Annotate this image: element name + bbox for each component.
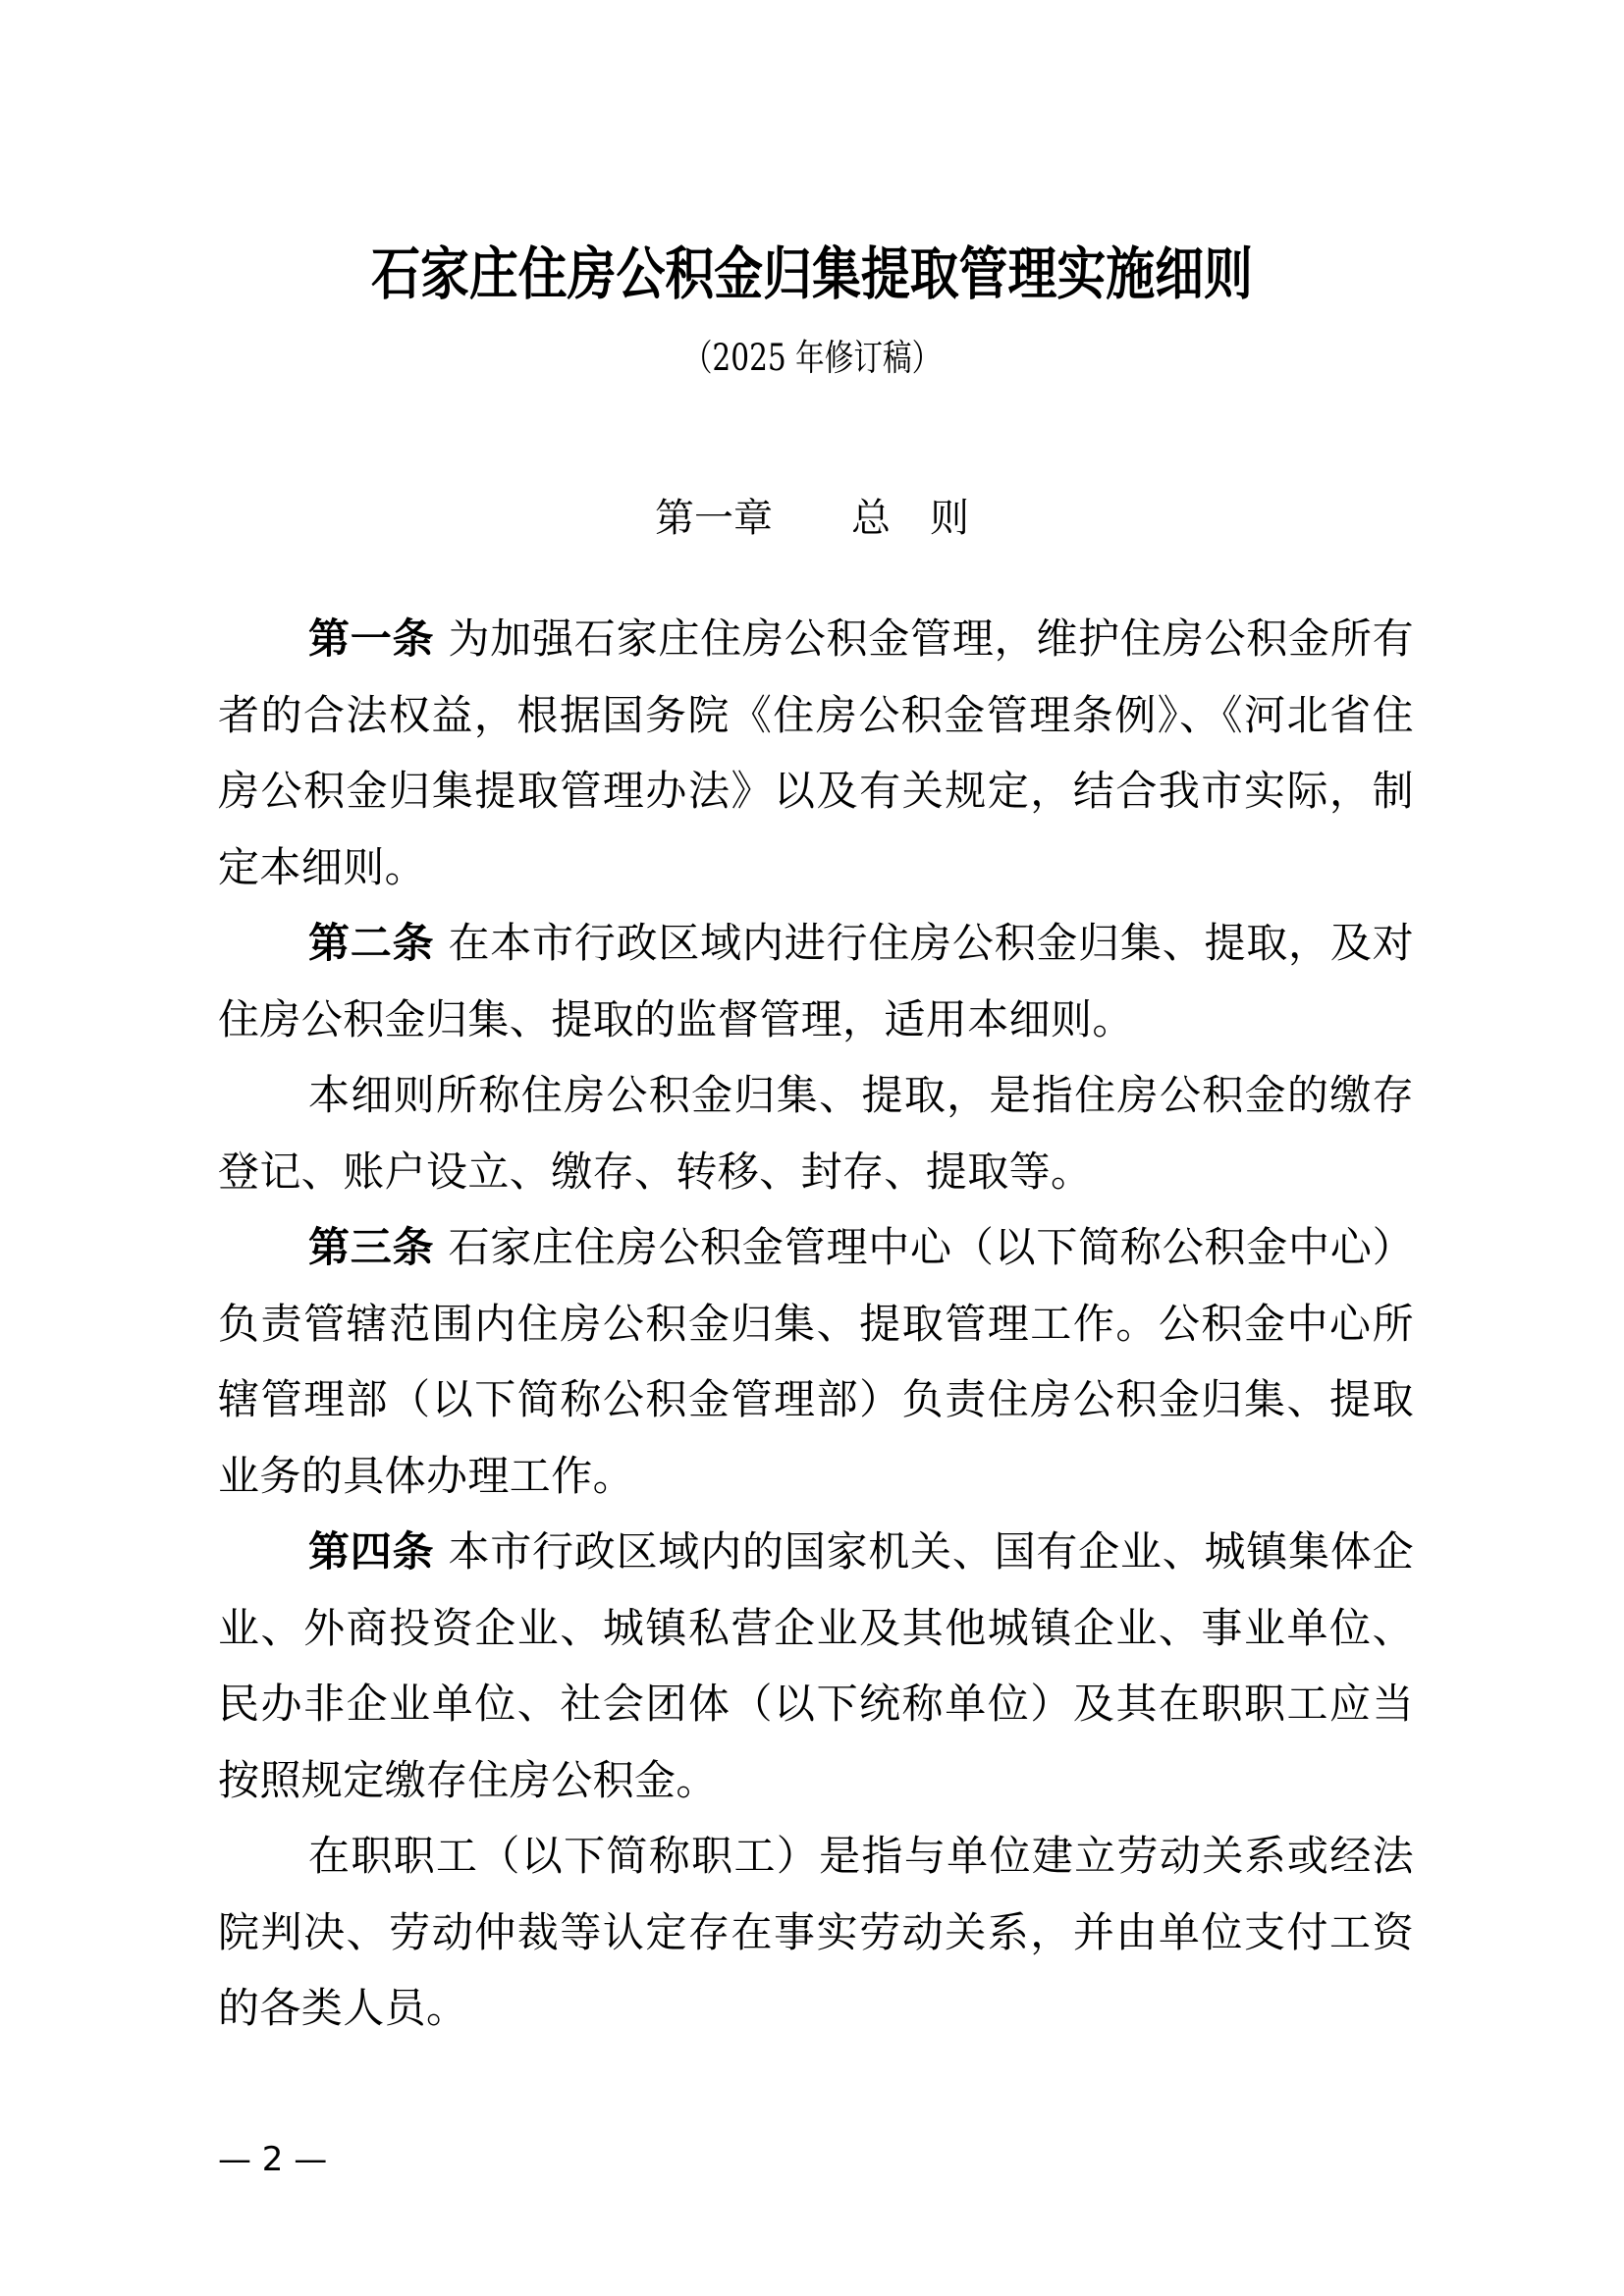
article-label: 第一条	[308, 614, 434, 663]
article-label: 第二条	[308, 919, 434, 967]
article-label: 第三条	[308, 1223, 434, 1271]
article-paragraph: 第一条 为加强石家庄住房公积金管理，维护住房公积金所有者的合法权益，根据国务院《…	[218, 601, 1414, 905]
document-subtitle: （2025 年修订稿）	[162, 334, 1461, 383]
chapter-heading: 第一章 总 则	[0, 491, 1624, 546]
document-page: 石家庄住房公积金归集提取管理实施细则 （2025 年修订稿） 第一章 总 则 第…	[0, 0, 1624, 2296]
page-number: — 2 —	[218, 2138, 327, 2181]
paragraph-text: 本细则所称住房公积金归集、提取，是指住房公积金的缴存登记、账户设立、缴存、转移、…	[218, 1071, 1414, 1196]
paragraph: 在职职工（以下简称职工）是指与单位建立劳动关系或经法院判决、劳动仲裁等认定存在事…	[218, 1818, 1414, 2047]
article-paragraph: 第二条 在本市行政区域内进行住房公积金归集、提取，及对住房公积金归集、提取的监督…	[218, 905, 1414, 1057]
article-paragraph: 第三条 石家庄住房公积金管理中心（以下简称公积金中心）负责管辖范围内住房公积金归…	[218, 1209, 1414, 1514]
paragraph-text: 在职职工（以下简称职工）是指与单位建立劳动关系或经法院判决、劳动仲裁等认定存在事…	[218, 1832, 1414, 2032]
paragraph: 本细则所称住房公积金归集、提取，是指住房公积金的缴存登记、账户设立、缴存、转移、…	[218, 1057, 1414, 1209]
document-body: 第一条 为加强石家庄住房公积金管理，维护住房公积金所有者的合法权益，根据国务院《…	[218, 601, 1414, 2047]
article-label: 第四条	[308, 1527, 434, 1575]
document-title: 石家庄住房公积金归集提取管理实施细则	[114, 239, 1510, 309]
article-paragraph: 第四条 本市行政区域内的国家机关、国有企业、城镇集体企业、外商投资企业、城镇私营…	[218, 1514, 1414, 1818]
